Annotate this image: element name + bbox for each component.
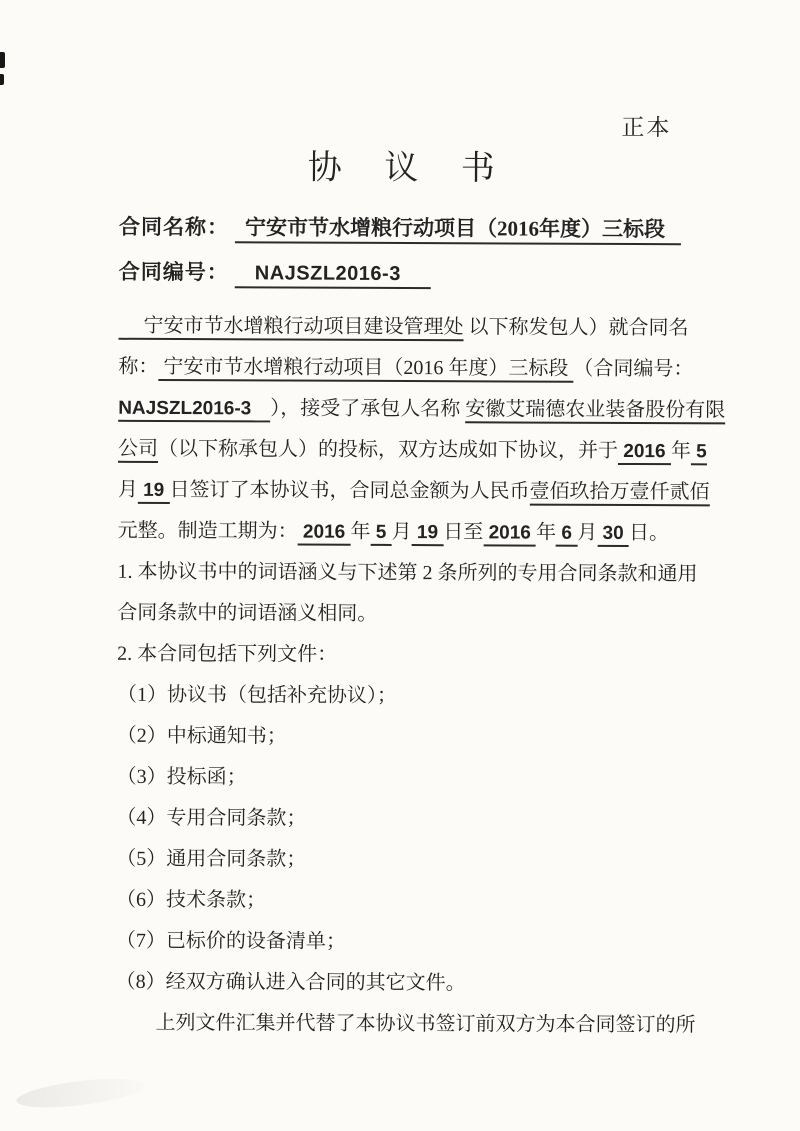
text-segment: （4）专用合同条款； xyxy=(116,807,306,830)
document-content: 正本 协 议 书 合同名称：宁安市节水增粮行动项目（2016年度）三标段 合同编… xyxy=(0,0,800,1131)
text-segment: （6）技术条款； xyxy=(116,889,266,912)
underlined-text: 6 xyxy=(556,523,577,547)
clause-1-line: 1. 本协议书中的词语涵义与下述第 2 条所列的专用合同条款和通用 xyxy=(117,552,687,595)
clause-2-line: 2. 本合同包括下列文件： xyxy=(117,634,687,677)
underlined-text: 宁安市节水增粮行动项目（2016 年度）三标段 xyxy=(158,356,573,383)
text-segment: 日签订了本协议书，合同总金额为人民币 xyxy=(170,479,530,503)
text-segment: （8）经双方确认进入合同的其它文件。 xyxy=(116,971,466,995)
contract-doc-list-item: （2）中标通知书； xyxy=(117,716,687,759)
underlined-text: NAJSZL2016-3 xyxy=(118,398,270,423)
contract-doc-list-item: （6）技术条款； xyxy=(116,880,686,923)
contract-name-value: 宁安市节水增粮行动项目（2016年度）三标段 xyxy=(235,215,681,245)
text-segment: 年 xyxy=(671,440,691,462)
underlined-text: 2016 xyxy=(298,522,351,546)
text-segment: 以下称发包人）就合同名 xyxy=(464,316,689,339)
contract-doc-list-item: （7）已标价的设备清单； xyxy=(116,921,686,964)
text-segment: （2）中标通知书； xyxy=(117,725,287,748)
contract-doc-list-item: （4）专用合同条款； xyxy=(116,798,686,841)
underlined-text: 5 xyxy=(370,522,391,546)
text-segment: 2. 本合同包括下列文件： xyxy=(117,643,337,666)
document-body: 宁安市节水增粮行动项目建设管理处 以下称发包人）就合同名称： 宁安市节水增粮行动… xyxy=(115,306,688,1046)
underlined-text: 安徽艾瑞德农业装备股份有限 xyxy=(465,398,725,424)
paragraph-line: 公司（以下称承包人）的投标，双方达成如下协议，并于 2016 年 5 xyxy=(118,429,688,472)
copy-type-label: 正本 xyxy=(119,111,689,143)
text-segment: 1. 本协议书中的词语涵义与下述第 2 条所列的专用合同条款和通用 xyxy=(117,561,697,586)
underlined-text: 2016 xyxy=(618,441,671,465)
text-segment: （以下称承包人）的投标，双方达成如下协议，并于 xyxy=(158,438,618,462)
paragraph-line: 元整。制造工期为： 2016 年 5 月 19 日至 2016 年 6 月 30… xyxy=(118,511,688,554)
text-segment: 月 xyxy=(392,521,412,543)
document-title: 协 议 书 xyxy=(119,145,689,193)
contract-header-fields: 合同名称：宁安市节水增粮行动项目（2016年度）三标段 合同编号：NAJSZL2… xyxy=(119,205,689,298)
underlined-text: 30 xyxy=(597,523,629,547)
text-segment: 合同条款中的词语涵义相同。 xyxy=(117,602,377,625)
contract-doc-list-item: （1）协议书（包括补充协议）； xyxy=(117,675,687,718)
text-segment: 月 xyxy=(577,522,597,544)
text-segment: ），接受了承包人名称 xyxy=(270,397,465,420)
paragraph-line: 宁安市节水增粮行动项目建设管理处 以下称发包人）就合同名 xyxy=(118,306,688,349)
text-segment: 月 xyxy=(118,479,138,501)
underlined-text: 5 xyxy=(691,441,707,465)
text-segment: （5）通用合同条款； xyxy=(116,848,306,871)
text-segment: 日至 xyxy=(443,521,483,543)
contract-doc-list-item: （3）投标函； xyxy=(117,757,687,800)
text-segment: （7）已标价的设备清单； xyxy=(116,930,346,953)
contract-number-label: 合同编号： xyxy=(119,260,229,284)
text-segment: 日。 xyxy=(629,522,669,544)
scanned-agreement-page: 正本 协 议 书 合同名称：宁安市节水增粮行动项目（2016年度）三标段 合同编… xyxy=(0,0,800,1131)
text-segment: 元整。制造工期为： xyxy=(118,520,298,543)
text-segment: （3）投标函； xyxy=(117,766,247,789)
underlined-text: 19 xyxy=(412,522,444,546)
underlined-text: 19 xyxy=(138,480,170,504)
text-segment: （1）协议书（包括补充协议）； xyxy=(117,684,397,707)
underlined-text: 公司 xyxy=(118,438,158,463)
underlined-text: 宁安市节水增粮行动项目建设管理处 xyxy=(119,315,464,342)
text-segment: （合同编号： xyxy=(573,358,693,381)
contract-name-row: 合同名称：宁安市节水增粮行动项目（2016年度）三标段 xyxy=(119,205,689,252)
paragraph-line: 称： 宁安市节水增粮行动项目（2016 年度）三标段 （合同编号： xyxy=(118,347,688,390)
contract-number-value: NAJSZL2016-3 xyxy=(235,262,431,289)
paragraph-line: NAJSZL2016-3 ），接受了承包人名称 安徽艾瑞德农业装备股份有限 xyxy=(118,388,688,431)
contract-name-label: 合同名称： xyxy=(119,215,229,239)
text-segment: 上列文件汇集并代替了本协议书签订前双方为本合同签订的所 xyxy=(115,1012,695,1037)
contract-number-row: 合同编号：NAJSZL2016-3 xyxy=(119,250,689,298)
text-segment: 年 xyxy=(536,522,556,544)
text-segment: 年 xyxy=(350,521,370,543)
text-segment: 称： xyxy=(118,356,158,378)
contract-doc-list-item: （8）经双方确认进入合同的其它文件。 xyxy=(116,962,686,1005)
paragraph-line: 上列文件汇集并代替了本协议书签订前双方为本合同签订的所 xyxy=(115,1003,685,1046)
clause-1-line: 合同条款中的词语涵义相同。 xyxy=(117,593,687,636)
underlined-text: 壹佰玖拾万壹仟贰佰 xyxy=(529,481,709,507)
contract-doc-list-item: （5）通用合同条款； xyxy=(116,839,686,882)
underlined-text: 2016 xyxy=(483,522,536,546)
paragraph-line: 月 19 日签订了本协议书，合同总金额为人民币壹佰玖拾万壹仟贰佰 xyxy=(118,470,688,513)
